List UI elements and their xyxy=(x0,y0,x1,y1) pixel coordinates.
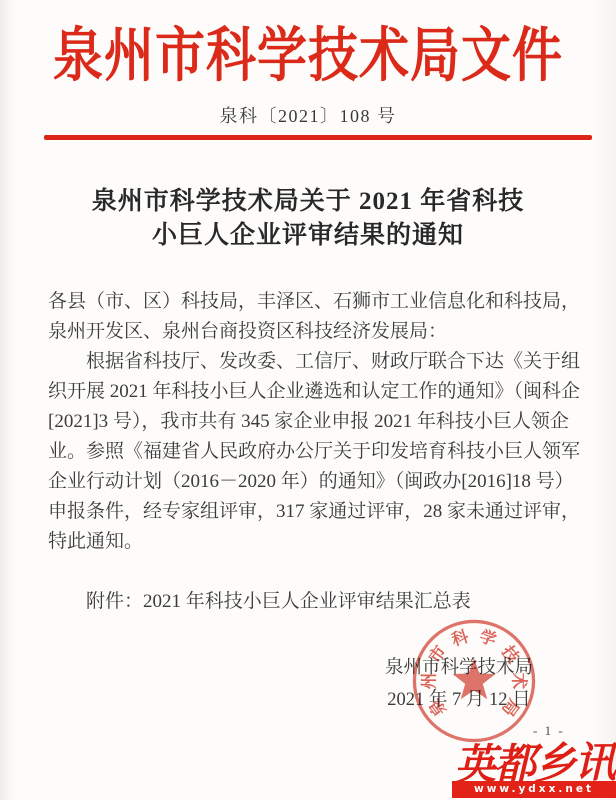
signature-agency: 泉州市科学技术局 xyxy=(383,652,535,684)
document-page: 泉州市科学技术局文件 泉科〔2021〕108 号 泉州市科学技术局关于 2021… xyxy=(0,0,616,800)
document-number: 泉科〔2021〕108 号 xyxy=(0,102,616,128)
attachment-line: 附件：2021 年科技小巨人企业评审结果汇总表 xyxy=(48,587,576,617)
seal-char: 学 xyxy=(477,627,499,650)
body-line: 根据省科技厅、发改委、工信厅、财政厅联合下达《关于组 xyxy=(48,347,576,377)
document-body: 各县（市、区）科技局，丰泽区、石狮市工业信息化和科技局， 泉州开发区、泉州台商投… xyxy=(48,287,576,617)
seal-char: 科 xyxy=(449,626,471,649)
document-title: 泉州市科学技术局关于 2021 年省科技 小巨人企业评审结果的通知 xyxy=(0,185,616,253)
watermark-url: www.ydxx.net xyxy=(452,781,616,798)
signature-block: 泉州市科学技术局 2021 年 7 月 12 日 xyxy=(383,652,535,716)
body-line: 申报条件，经专家组评审，317 家通过评审，28 家未通过评审， xyxy=(48,497,576,527)
document-title-line-2: 小巨人企业评审结果的通知 xyxy=(0,219,616,253)
body-line: 企业行动计划（2016－2020 年）的通知》（闽政办[2016]18 号） xyxy=(48,467,576,497)
signature-date: 2021 年 7 月 12 日 xyxy=(383,684,535,716)
body-line: [2021]3 号），我市共有 345 家企业申报 2021 年科技小巨人领企 xyxy=(48,407,576,437)
body-line: 泉州开发区、泉州台商投资区科技经济发展局： xyxy=(48,317,576,347)
document-title-line-1: 泉州市科学技术局关于 2021 年省科技 xyxy=(0,185,616,219)
header-divider xyxy=(44,135,592,140)
body-line: 业。参照《福建省人民政府办公厅关于印发培育科技小巨人领军 xyxy=(48,437,576,467)
body-line: 各县（市、区）科技局，丰泽区、石狮市工业信息化和科技局， xyxy=(48,287,576,317)
agency-header-title: 泉州市科学技术局文件 xyxy=(0,8,616,93)
body-line: 特此通知。 xyxy=(48,527,576,557)
body-line: 织开展 2021 年科技小巨人企业遴选和认定工作的通知》（闽科企 xyxy=(48,377,576,407)
